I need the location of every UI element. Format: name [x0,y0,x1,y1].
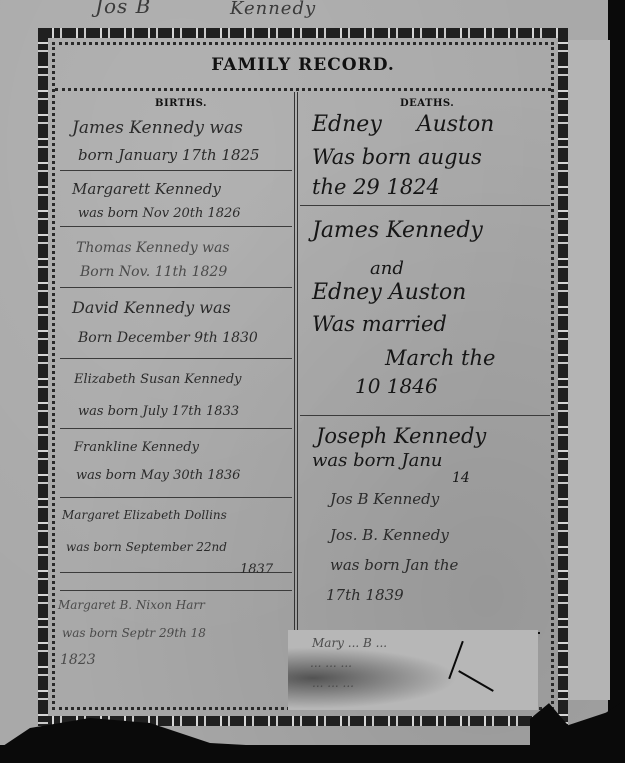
birth-entry-line: was born Nov 20th 1826 [78,206,241,221]
ornamental-border-right [558,28,568,726]
ruled-line [60,497,292,498]
entry-line: Mary ... B ... [312,636,387,650]
birth-entry-line: Margarett Kennedy [72,180,221,198]
title-divider [55,88,551,91]
birth-entry-line: Margaret Elizabeth Dollins [62,508,227,522]
birth-entry-line: Born Nov. 11th 1829 [80,264,227,280]
column-divider [294,92,298,704]
birth-entry-line: was born May 30th 1836 [76,468,240,483]
ruled-line [60,590,292,591]
entry-line: was born Janu [312,450,443,471]
deaths-heading: DEATHS. [400,98,454,109]
ruled-line [60,358,292,359]
entry-line: Edney Auston [312,112,494,137]
birth-entry-line: 1823 [60,652,96,668]
entry-line: March the [385,346,495,370]
births-heading: BIRTHS. [155,98,207,109]
entry-line: 14 [452,470,470,486]
entry-line: Was married [312,312,447,336]
birth-entry-line: Thomas Kennedy was [76,240,230,256]
ornamental-border-top [38,28,568,38]
ruled-line [300,415,550,416]
top-annotation: Jos B Kennedy [95,0,395,24]
ruled-line [60,170,292,171]
entry-line: ... ... ... [310,656,352,670]
birth-entry-line: born January 17th 1825 [78,146,260,164]
top-annotation-surname: Kennedy [230,0,316,19]
entry-line: was born Jan the [330,556,458,574]
birth-entry-line: James Kennedy was [72,118,243,138]
entry-line: Joseph Kennedy [316,424,486,448]
birth-entry-line: Frankline Kennedy [74,440,199,455]
birth-entry-line: Elizabeth Susan Kennedy [74,372,242,387]
birth-entry-line: David Kennedy was [72,298,231,317]
top-annotation-initials: Jos B [95,0,151,18]
entry-line: ... ... ... [312,676,354,690]
birth-entry-line: was born July 17th 1833 [78,404,239,419]
birth-entry-line: Margaret B. Nixon Harr [58,598,205,612]
scan-background [610,0,625,763]
ruled-line [60,226,292,227]
ornamental-border-left [38,28,48,726]
birth-entry-line: was born Septr 29th 18 [62,626,206,640]
ruled-line [300,205,550,206]
entry-line: 17th 1839 [326,586,404,604]
ruled-line [60,428,292,429]
entry-line: Jos. B. Kennedy [330,526,449,544]
entry-line: Edney Auston [312,280,466,305]
birth-entry-line: Born December 9th 1830 [78,330,258,346]
entry-line: 10 1846 [355,374,438,398]
entry-line: Jos B Kennedy [330,490,439,508]
entry-line: the 29 1824 [312,175,440,199]
entry-line: James Kennedy [312,218,483,243]
birth-entry-line: 1837 [240,562,273,577]
entry-line: Was born augus [312,145,482,169]
birth-entry-line: was born September 22nd [66,540,227,554]
entry-line: and [370,258,404,279]
page-title: FAMILY RECORD. [52,55,554,75]
ruled-line [60,287,292,288]
paper-edge [560,40,616,700]
